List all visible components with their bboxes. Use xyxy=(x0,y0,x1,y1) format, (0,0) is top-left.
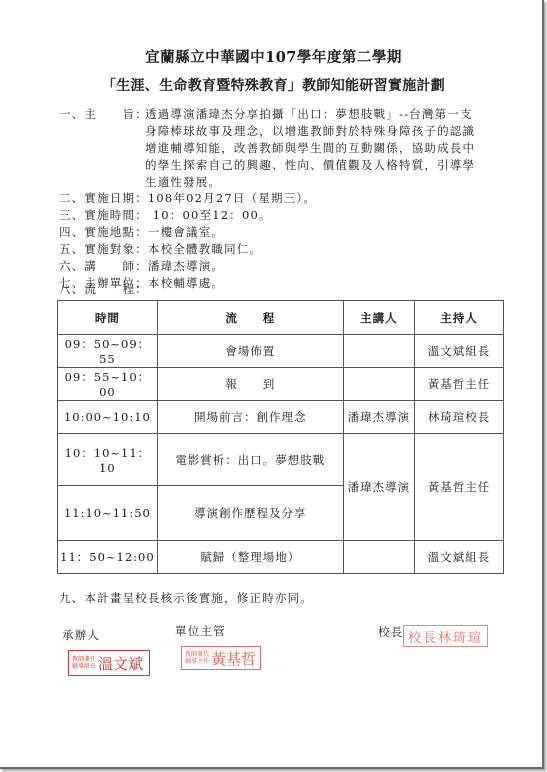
time-item: 三、實施時間： 10：00至12：00。 xyxy=(59,207,272,224)
cell-speaker: 潘瑋杰導演 xyxy=(343,401,414,434)
purpose-line: 的學生探索自己的興趣、性向、價值觀及人格特質，引導學 xyxy=(145,157,500,174)
cell-speaker xyxy=(343,368,414,401)
cell-speaker xyxy=(343,541,414,574)
unit-head-stamp: 教師兼代 輔導主任 黃基哲 xyxy=(181,646,261,670)
schedule-table: 時間 流 程 主講人 主持人 09：50~09：55 會場佈置 溫文斌組長 09… xyxy=(57,300,504,574)
cell-host: 溫文斌組長 xyxy=(415,541,504,574)
purpose-line: 身障棒球故事及理念，以增進教師對於特殊身障孩子的認識 xyxy=(145,123,500,140)
cell-activity: 賦歸（整理場地） xyxy=(157,541,343,574)
document-page: 宜蘭縣立中華國中107學年度第二學期 「生涯、生命教育暨特殊教育」教師知能研習實… xyxy=(0,0,544,769)
cell-time: 09：50~09：55 xyxy=(58,335,158,368)
cell-time: 09：55~10：00 xyxy=(58,368,158,401)
stamp-name: 校長林琦瑄 xyxy=(408,627,483,646)
stamp-name: 黃基哲 xyxy=(211,648,256,669)
purpose-line: 生適性發展。 xyxy=(145,174,500,191)
stamp-title: 輔導組長 xyxy=(72,663,96,670)
cell-host: 黃基哲主任 xyxy=(415,434,504,541)
header-activity: 流 程 xyxy=(157,301,343,335)
stamp-title: 教師兼任 xyxy=(72,656,96,663)
principal-stamp: 校長林琦瑄 xyxy=(403,625,488,647)
unit-head-label: 單位主管 xyxy=(175,623,226,640)
cell-activity: 電影賞析：出口。夢想肢戰 xyxy=(157,434,343,486)
cell-time: 11:10~11:50 xyxy=(58,486,158,541)
location-item: 四、實施地點：一樓會議室。 xyxy=(59,224,224,241)
table-row: 09：55~10：00 報 到 黃基哲主任 xyxy=(58,368,504,401)
cell-activity: 開場前言：創作理念 xyxy=(157,401,343,434)
cell-speaker xyxy=(343,335,414,368)
audience-item: 五、實施對象：本校全體教職同仁。 xyxy=(59,241,262,258)
handler-stamp: 教師兼任 輔導組長 溫文斌 xyxy=(68,650,150,676)
principal-label: 校長 xyxy=(378,624,403,641)
date-item: 二、實施日期：108年02月27日（星期三）。 xyxy=(59,190,316,207)
stamp-title: 教師兼代 xyxy=(185,651,209,658)
cell-host: 林琦瑄校長 xyxy=(415,401,504,434)
table-header-row: 時間 流 程 主講人 主持人 xyxy=(58,301,504,335)
cell-activity: 會場佈置 xyxy=(157,335,343,368)
table-row: 10：10~11：10 電影賞析：出口。夢想肢戰 潘瑋杰導演 黃基哲主任 xyxy=(58,434,504,486)
table-row: 10:00~10:10 開場前言：創作理念 潘瑋杰導演 林琦瑄校長 xyxy=(58,401,504,434)
cell-time: 11：50~12:00 xyxy=(58,541,158,574)
header-speaker: 主講人 xyxy=(343,301,414,335)
stamp-name: 溫文斌 xyxy=(98,653,143,674)
school-title: 宜蘭縣立中華國中107學年度第二學期 xyxy=(0,46,547,67)
purpose-text: 透過導演潘瑋杰分享拍攝「出口：夢想肢戰」--台灣第一支 身障棒球故事及理念，以增… xyxy=(145,106,500,191)
header-host: 主持人 xyxy=(415,301,504,335)
plan-title: 「生涯、生命教育暨特殊教育」教師知能研習實施計劃 xyxy=(0,75,547,95)
cell-host: 溫文斌組長 xyxy=(415,335,504,368)
purpose-label: 一、主 旨： xyxy=(59,106,148,123)
cell-activity: 報 到 xyxy=(157,368,343,401)
schedule-label: 八、流 程： xyxy=(59,281,148,298)
table-row: 11：50~12:00 賦歸（整理場地） 溫文斌組長 xyxy=(58,541,504,574)
handler-label: 承辦人 xyxy=(62,627,100,644)
stamp-title: 輔導主任 xyxy=(185,658,209,665)
purpose-line: 透過導演潘瑋杰分享拍攝「出口：夢想肢戰」--台灣第一支 xyxy=(145,106,500,123)
cell-host: 黃基哲主任 xyxy=(415,368,504,401)
cell-time: 10：10~11：10 xyxy=(58,434,158,486)
cell-speaker: 潘瑋杰導演 xyxy=(343,434,414,541)
cell-time: 10:00~10:10 xyxy=(58,401,158,434)
purpose-line: 增進輔導知能，改善教師與學生間的互動關係，協助成長中 xyxy=(145,140,500,157)
approval-note: 九、本計畫呈校長核示後實施，修正時亦同。 xyxy=(59,590,313,607)
table-row: 09：50~09：55 會場佈置 溫文斌組長 xyxy=(58,335,504,368)
speaker-item: 六、講 師：潘瑋杰導演。 xyxy=(59,258,224,275)
cell-activity: 導演創作歷程及分享 xyxy=(157,486,343,541)
header-time: 時間 xyxy=(58,301,158,335)
